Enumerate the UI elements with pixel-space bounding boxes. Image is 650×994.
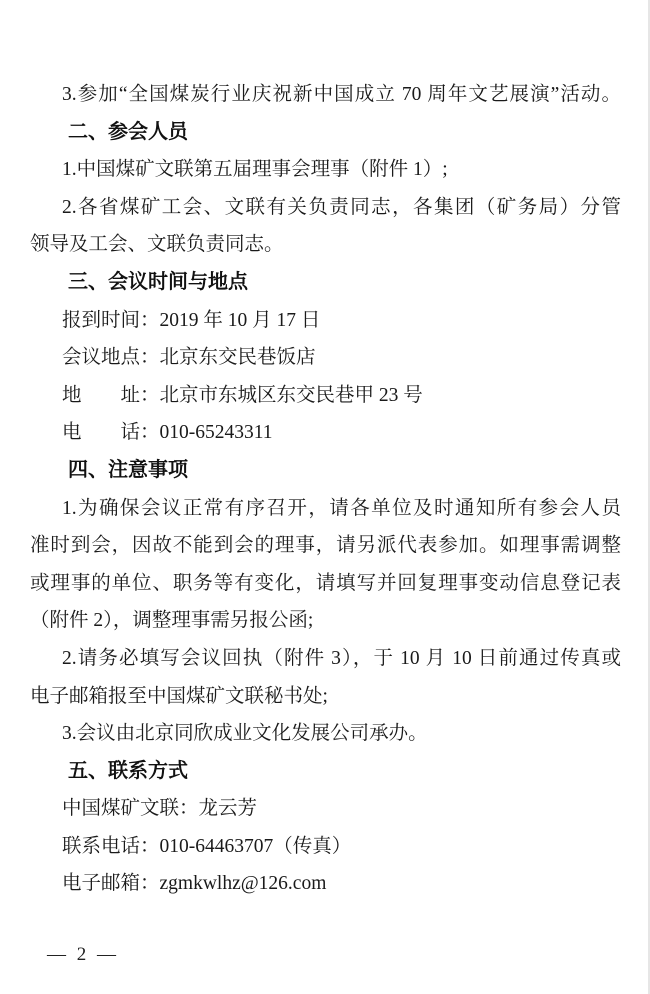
document-line: 联系电话：010-64463707（传真） [30,828,621,866]
document-line: 2.请务必填写会议回执（附件 3），于 10 月 10 日前通过传真或 [30,640,621,678]
document-body: 3.参加“全国煤炭行业庆祝新中国成立 70 周年文艺展演”活动。二、参会人员1.… [30,76,621,903]
document-line: 地 址：北京市东城区东交民巷甲 23 号 [30,377,621,415]
section-heading: 三、会议时间与地点 [30,264,621,302]
section-heading: 二、参会人员 [30,114,621,152]
page-number: — 2 — [47,941,119,969]
document-line: 电子邮箱报至中国煤矿文联秘书处; [30,678,621,716]
document-line: 准时到会，因故不能到会的理事，请另派代表参加。如理事需调整 [30,527,621,565]
document-line: 中国煤矿文联：龙云芳 [30,790,621,828]
document-line: 1.中国煤矿文联第五届理事会理事（附件 1）; [30,151,621,189]
section-heading: 四、注意事项 [30,452,621,490]
section-heading: 五、联系方式 [30,753,621,791]
document-line: 3.参加“全国煤炭行业庆祝新中国成立 70 周年文艺展演”活动。 [30,76,621,114]
document-line: 1.为确保会议正常有序召开，请各单位及时通知所有参会人员 [30,490,621,528]
document-line: 会议地点：北京东交民巷饭店 [30,339,621,377]
document-line: 3.会议由北京同欣成业文化发展公司承办。 [30,715,621,753]
document-line: （附件 2），调整理事需另报公函; [30,602,621,640]
document-line: 电子邮箱：zgmkwlhz@126.com [30,865,621,903]
document-line: 领导及工会、文联负责同志。 [30,226,621,264]
document-page: 3.参加“全国煤炭行业庆祝新中国成立 70 周年文艺展演”活动。二、参会人员1.… [0,0,650,994]
document-line: 2.各省煤矿工会、文联有关负责同志，各集团（矿务局）分管 [30,189,621,227]
document-line: 或理事的单位、职务等有变化，请填写并回复理事变动信息登记表 [30,565,621,603]
document-line: 报到时间：2019 年 10 月 17 日 [30,302,621,340]
document-line: 电 话：010-65243311 [30,414,621,452]
